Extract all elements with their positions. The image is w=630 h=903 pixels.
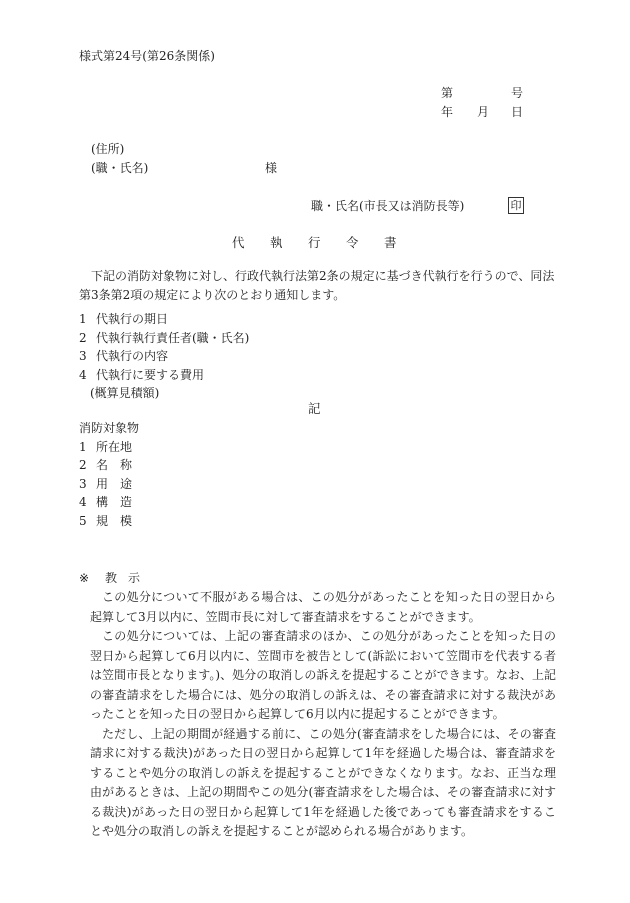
item-label: 代執行に要する費用	[96, 366, 204, 385]
item-number: 1	[79, 310, 96, 329]
intro-line-2: 第3条第2項の規定により次のとおり通知します。	[79, 286, 559, 305]
notice-paragraph: この処分について不服がある場合は、この処分があったことを知った日の翌日から起算し…	[90, 588, 556, 627]
item-number: 3	[79, 475, 96, 494]
item-number: 3	[79, 347, 96, 366]
notice-items-list: 1 代執行の期日 2 代執行執行責任者(職・氏名) 3 代執行の内容 4 代執行…	[79, 310, 249, 403]
seal-icon: 印	[508, 197, 524, 214]
list-item: 4 構造	[79, 493, 144, 512]
date-year-label: 年	[441, 105, 453, 119]
list-item: 2 名称	[79, 456, 144, 475]
list-item: 1 代執行の期日	[79, 310, 249, 329]
notice-heading: ※教示	[79, 571, 151, 585]
ki-heading: 記	[308, 402, 321, 416]
target-heading: 消防対象物	[79, 419, 144, 438]
target-list: 1 所在地 2 名称 3 用途 4 構造 5 規模	[79, 438, 144, 531]
notice-heading-label: 教示	[105, 571, 151, 585]
intro-paragraph: 下記の消防対象物に対し、行政代執行法第2条の規定に基づき代執行を行うので、同法 …	[79, 267, 559, 304]
item-number: 2	[79, 329, 96, 348]
title-char: 書	[384, 236, 397, 250]
reference-mark-icon: ※	[79, 571, 105, 585]
item-label: 規模	[96, 512, 144, 531]
item-number: 5	[79, 512, 96, 531]
document-title: 代執行令書	[232, 236, 397, 250]
item-label: 代執行の内容	[96, 347, 168, 366]
list-item: 3 代執行の内容	[79, 347, 249, 366]
date-day-label: 日	[511, 105, 523, 119]
date-month-label: 月	[477, 105, 489, 119]
item-number: 1	[79, 438, 96, 457]
item-label: 構造	[96, 493, 144, 512]
item-label: 名称	[96, 456, 144, 475]
doc-number-suffix: 号	[511, 86, 523, 100]
notice-paragraph: ただし、上記の期間が経過する前に、この処分(審査請求をした場合には、その審査請求…	[90, 725, 556, 842]
list-item-sub: (概算見積額)	[79, 384, 249, 403]
recipient-honorific: 様	[265, 161, 277, 175]
issuer-label: 職・氏名(市長又は消防長等)	[311, 199, 464, 213]
list-item: 4 代執行に要する費用	[79, 366, 249, 385]
recipient-address-label: (住所)	[91, 142, 124, 156]
list-item: 3 用途	[79, 475, 144, 494]
item-number: 2	[79, 456, 96, 475]
list-item: 2 代執行執行責任者(職・氏名)	[79, 329, 249, 348]
list-item: 5 規模	[79, 512, 144, 531]
intro-line-1: 下記の消防対象物に対し、行政代執行法第2条の規定に基づき代執行を行うので、同法	[79, 267, 559, 286]
item-label: 代執行の期日	[96, 310, 168, 329]
doc-number-prefix: 第	[441, 86, 453, 100]
title-char: 行	[308, 236, 346, 250]
notice-body: この処分について不服がある場合は、この処分があったことを知った日の翌日から起算し…	[90, 588, 556, 842]
item-label: 用途	[96, 475, 144, 494]
item-label: 代執行執行責任者(職・氏名)	[96, 329, 249, 348]
item-label: 所在地	[96, 438, 132, 457]
item-number: 4	[79, 366, 96, 385]
recipient-name-label: (職・氏名)	[91, 161, 148, 175]
item-sub-label: (概算見積額)	[79, 384, 159, 403]
form-number: 様式第24号(第26条関係)	[79, 49, 215, 63]
title-char: 令	[346, 236, 384, 250]
item-number: 4	[79, 493, 96, 512]
notice-paragraph: この処分については、上記の審査請求のほか、この処分があったことを知った日の翌日か…	[90, 627, 556, 725]
target-section: 消防対象物 1 所在地 2 名称 3 用途 4 構造 5 規模	[79, 419, 144, 530]
title-char: 代	[232, 236, 270, 250]
list-item: 1 所在地	[79, 438, 144, 457]
title-char: 執	[270, 236, 308, 250]
